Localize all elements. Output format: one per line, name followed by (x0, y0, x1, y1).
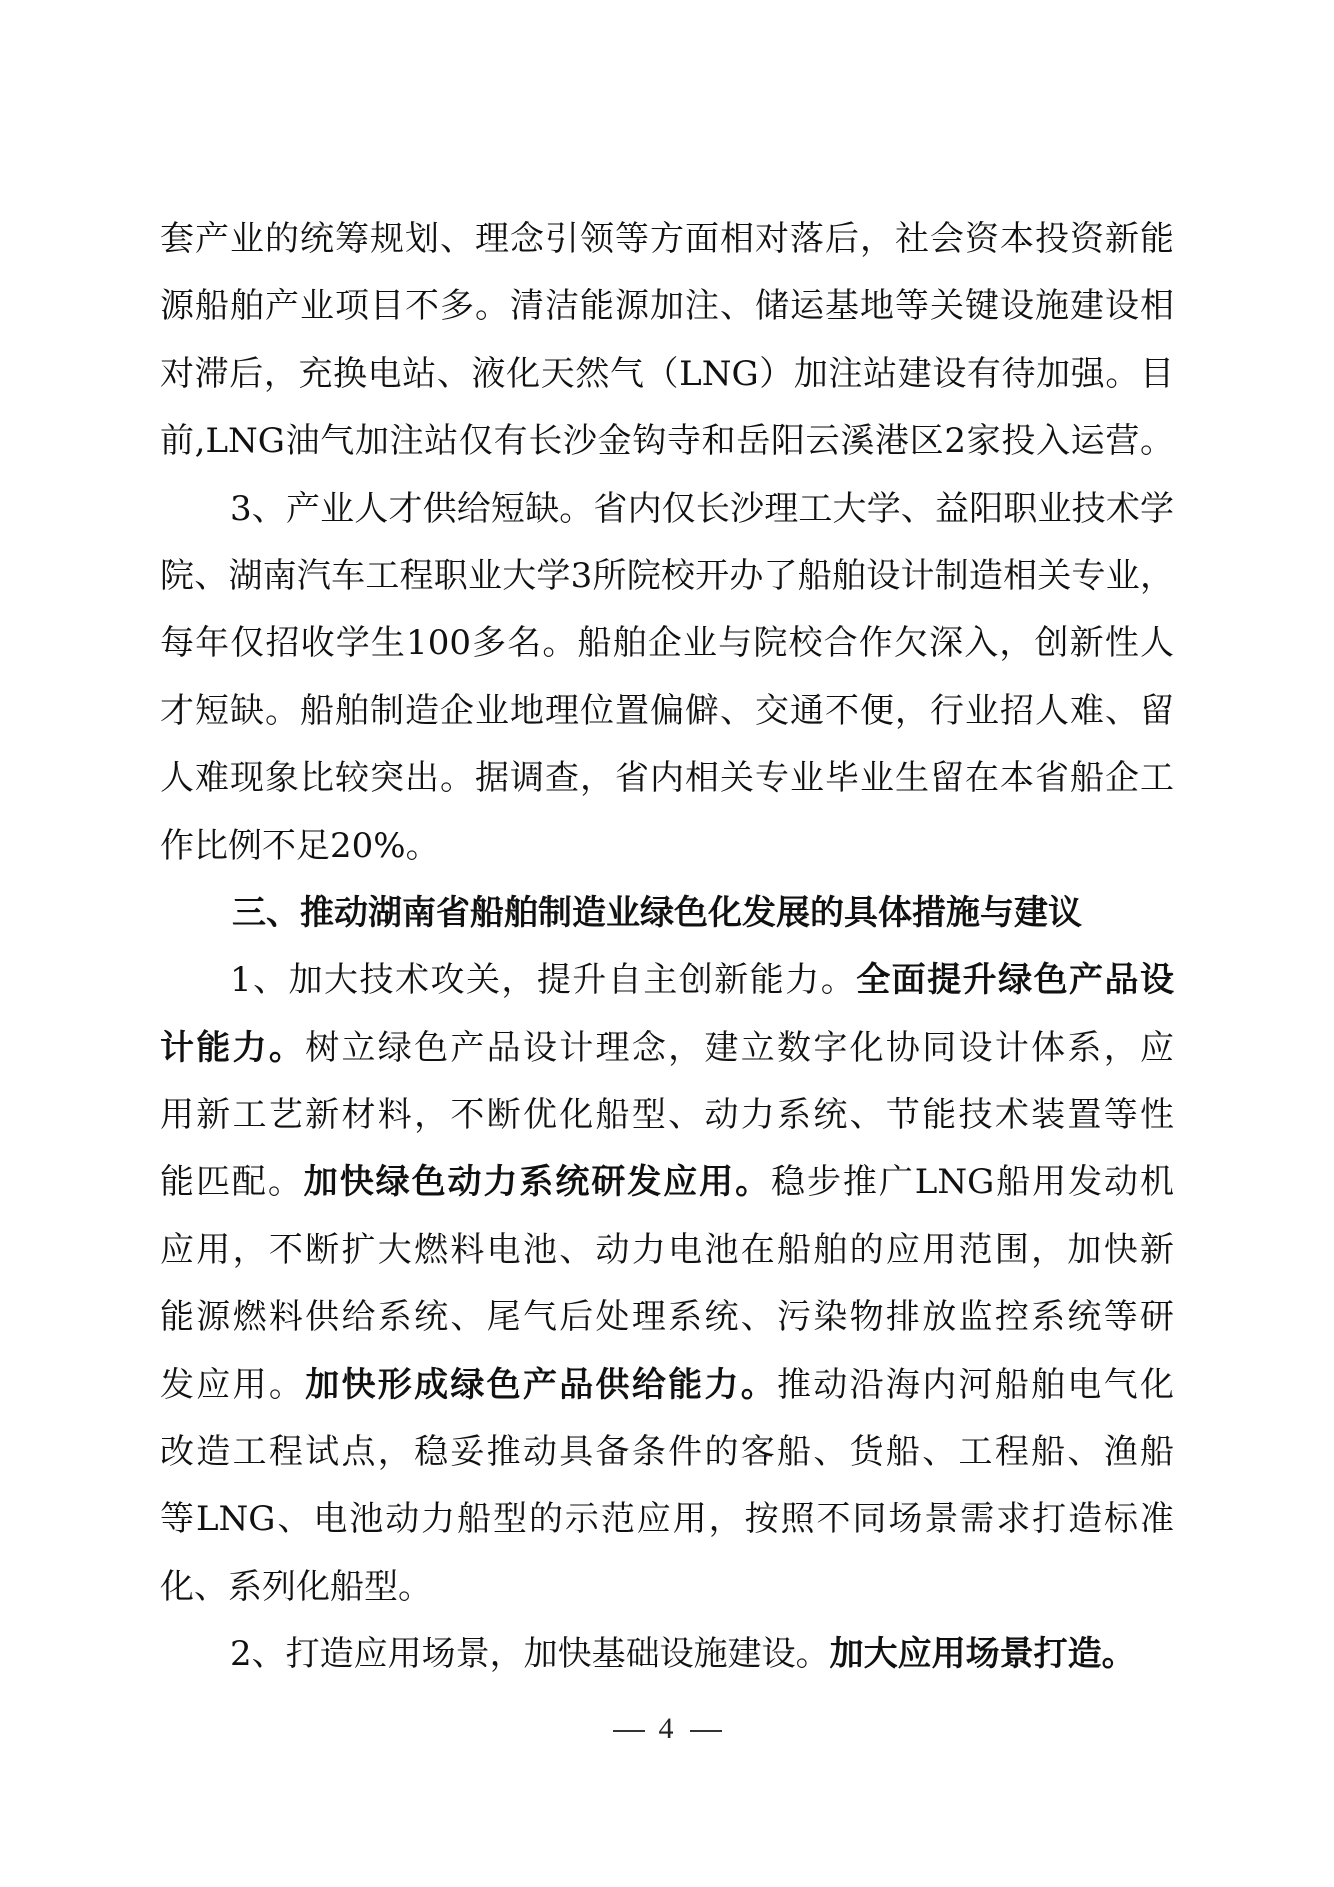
paragraph-line: 源船舶产业项目不多。清洁能源加注、储运基地等关键设施建设相 (160, 273, 1174, 340)
document-page: 套产业的统筹规划、理念引领等方面相对落后，社会资本投资新能 源船舶产业项目不多。… (0, 0, 1334, 1887)
paragraph-line: 套产业的统筹规划、理念引领等方面相对落后，社会资本投资新能 (160, 206, 1174, 273)
paragraph-line: 发应用。加快形成绿色产品供给能力。推动沿海内河船舶电气化 (160, 1352, 1174, 1419)
bold-lead-text: 加快形成绿色产品供给能力。 (305, 1365, 777, 1405)
paragraph-line: 等LNG、电池动力船型的示范应用，按照不同场景需求打造标准 (160, 1486, 1174, 1553)
paragraph-line: 对滞后，充换电站、液化天然气（LNG）加注站建设有待加强。目 (160, 341, 1174, 408)
paragraph-line: 改造工程试点，稳妥推动具备条件的客船、货船、工程船、渔船 (160, 1419, 1174, 1486)
paragraph-line: 化、系列化船型。 (160, 1554, 1174, 1621)
paragraph-line: 计能力。树立绿色产品设计理念，建立数字化协同设计体系，应 (160, 1015, 1174, 1082)
document-body: 套产业的统筹规划、理念引领等方面相对落后，社会资本投资新能 源船舶产业项目不多。… (160, 206, 1174, 1689)
section-heading: 三、推动湖南省船舶制造业绿色化发展的具体措施与建议 (160, 880, 1174, 947)
bold-lead-text: 计能力。 (160, 1028, 305, 1068)
paragraph-line: 能源燃料供给系统、尾气后处理系统、污染物排放监控系统等研 (160, 1284, 1174, 1351)
paragraph-text: 能匹配。 (160, 1162, 304, 1202)
page-number: 4 (659, 1712, 676, 1745)
item-heading-application-scenarios: 2、打造应用场景，加快基础设施建设。 (230, 1634, 830, 1674)
paragraph-text: 稳步推广LNG船用发动机 (771, 1162, 1174, 1202)
paragraph-text: 推动沿海内河船舶电气化 (777, 1365, 1174, 1405)
bold-lead-text: 加快绿色动力系统研发应用。 (304, 1162, 771, 1202)
paragraph-text: 发应用。 (160, 1365, 305, 1405)
paragraph-text: 树立绿色产品设计理念，建立数字化协同设计体系，应 (305, 1028, 1174, 1068)
paragraph-line: 前,LNG油气加注站仅有长沙金钩寺和岳阳云溪港区2家投入运营。 (160, 408, 1174, 475)
paragraph-line: 能匹配。加快绿色动力系统研发应用。稳步推广LNG船用发动机 (160, 1149, 1174, 1216)
paragraph-line-item-3: 3、产业人才供给短缺。省内仅长沙理工大学、益阳职业技术学 (160, 476, 1174, 543)
paragraph-line-item-2: 2、打造应用场景，加快基础设施建设。加大应用场景打造。 (160, 1621, 1174, 1688)
bold-lead-text: 全面提升绿色产品设 (856, 960, 1174, 1000)
paragraph-line: 才短缺。船舶制造企业地理位置偏僻、交通不便，行业招人难、留 (160, 678, 1174, 745)
paragraph-line-item-1: 1、加大技术攻关，提升自主创新能力。全面提升绿色产品设 (160, 947, 1174, 1014)
paragraph-line: 每年仅招收学生100多名。船舶企业与院校合作欠深入，创新性人 (160, 610, 1174, 677)
item-heading-talent-shortage: 3、产业人才供给短缺。 (230, 489, 593, 529)
paragraph-line: 院、湖南汽车工程职业大学3所院校开办了船舶设计制造相关专业， (160, 543, 1174, 610)
paragraph-line: 用新工艺新材料，不断优化船型、动力系统、节能技术装置等性 (160, 1082, 1174, 1149)
page-footer: 4 (0, 1712, 1334, 1746)
item-heading-tech-innovation: 1、加大技术攻关，提升自主创新能力。 (230, 960, 856, 1000)
paragraph-line: 作比例不足20%。 (160, 813, 1174, 880)
paragraph-text: 省内仅长沙理工大学、益阳职业技术学 (593, 489, 1174, 529)
bold-lead-text: 加大应用场景打造。 (830, 1634, 1136, 1674)
paragraph-line: 人难现象比较突出。据调查，省内相关专业毕业生留在本省船企工 (160, 745, 1174, 812)
dash-left-icon (613, 1730, 645, 1732)
dash-right-icon (690, 1730, 722, 1732)
paragraph-line: 应用，不断扩大燃料电池、动力电池在船舶的应用范围，加快新 (160, 1217, 1174, 1284)
